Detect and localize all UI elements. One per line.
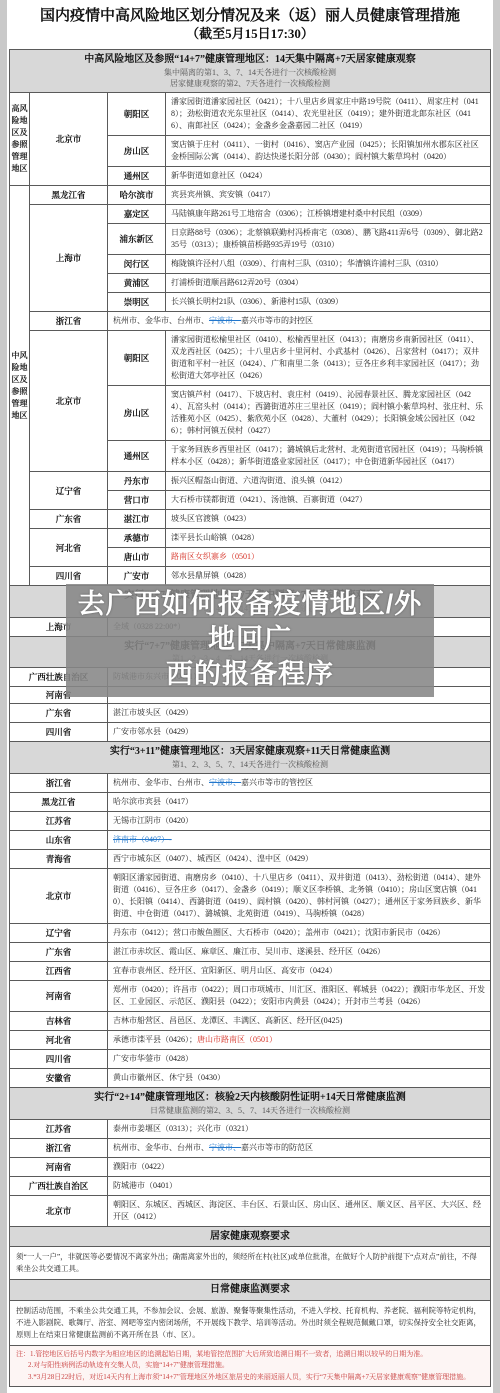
requirement-text: 控制活动范围，不乘坐公共交通工具，不参加会议、会展、旅游、聚餐等聚集性活动，不进… xyxy=(10,1300,491,1345)
section-band: 中高风险地区及参照“14+7”健康管理地区：14天集中隔离+7天居家健康观察集中… xyxy=(10,50,491,93)
area-detail-cell: 路南区女织寨乡（0501） xyxy=(166,548,491,567)
text-segment: 嘉兴市等市的管控区 xyxy=(241,778,313,787)
province-cell: 四川省 xyxy=(10,723,108,742)
text-segment: 杭州市、金华市、台州市、 xyxy=(113,778,209,787)
risk-group-label: 高风 险地 区及 参照 管理 地区 xyxy=(10,93,30,186)
table-row: 控制活动范围，不乘坐公共交通工具，不参加会议、会展、旅游、聚餐等聚集性活动，不进… xyxy=(10,1300,491,1345)
footnote-line: 2.对与阳性病例活动轨迹有交集人员，实施“14+7”健康管理措施。 xyxy=(16,1360,484,1372)
city-cell: 房山区 xyxy=(108,386,166,441)
area-detail-cell: 朝阳区、东城区、西城区、海淀区、丰台区、石景山区、房山区、通州区、顺义区、昌平区… xyxy=(108,1195,491,1226)
area-detail-cell: 湛江市坡头区（0429） xyxy=(108,704,491,723)
area-detail-cell: 济南市（0407）- xyxy=(108,831,491,850)
band-subtitle: 日常健康监测的第2、3、5、7、14天各进行一次核酸检测 xyxy=(12,1105,488,1116)
text-segment: 嘉兴市等市的防范区 xyxy=(241,1143,313,1152)
city-cell: 哈尔滨市 xyxy=(108,186,166,205)
province-cell: 北京市 xyxy=(30,331,108,472)
page-subtitle: （截至5月15日17:30） xyxy=(9,26,491,43)
area-detail-cell: 日京路88号（0306）；北蔡镇联勤村冯桥南宅（0308）、鹏飞路411弄6号（… xyxy=(166,224,491,255)
area-detail-cell: 于家务回族乡西里社区（0417）；潞城镇后北营村、北苑街道官园社区（0419）；… xyxy=(166,441,491,472)
city-cell: 承德市 xyxy=(108,529,166,548)
band-title: 中高风险地区及参照“14+7”健康管理地区：14天集中隔离+7天居家健康观察 xyxy=(12,53,488,67)
area-detail-cell: 坡头区官渡镇（0423） xyxy=(166,510,491,529)
risk-table-body: 中高风险地区及参照“14+7”健康管理地区：14天集中隔离+7天居家健康观察集中… xyxy=(10,50,491,1387)
table-row: 中风 险地 区及 参照 管理 地区黑龙江省哈尔滨市宾县宾州镇、宾安镇（0417） xyxy=(10,186,491,205)
province-cell: 黑龙江省 xyxy=(30,186,108,205)
page-title: 国内疫情中高风险地区划分情况及来（返）丽人员健康管理措施 xyxy=(9,6,491,26)
table-row: 北京市朝阳区潘家园街道、南磨房乡（0410）、十八里店乡（0411）、双井街道（… xyxy=(10,869,491,924)
province-cell: 北京市 xyxy=(30,93,108,186)
province-cell: 河北省 xyxy=(10,1031,108,1050)
area-detail-cell: 郑州市（0420）；许昌市（0422）；周口市项城市、川汇区、淮阳区、郸城县（0… xyxy=(108,981,491,1012)
table-row: 北京市朝阳区潘家园街道松榆里社区（0410）、松榆西里社区（0413）；南磨房乡… xyxy=(10,331,491,386)
province-cell: 广西壮族自治区 xyxy=(10,1176,108,1195)
area-detail-cell: 新华街道如意社区（0424） xyxy=(166,167,491,186)
text-segment: 路南区女织寨乡（0501） xyxy=(171,552,259,561)
city-cell: 闵行区 xyxy=(108,255,166,274)
text-segment: 嘉兴市等市的封控区 xyxy=(241,316,313,325)
section-band-row: 实行“3+11”健康管理地区：3天居家健康观察+11天日常健康监测第1、2、3、… xyxy=(10,742,491,774)
area-detail-cell: 窦店镇芦村（0417）、下坡店村、袁庄村（0419）、沁园春景社区、腾龙家园社区… xyxy=(166,386,491,441)
area-detail-cell: 哈尔滨市宾县（0417） xyxy=(108,793,491,812)
area-detail-cell: 朝阳区潘家园街道、南磨房乡（0410）、十八里店乡（0411）、双井街道（041… xyxy=(108,869,491,924)
band-subtitle: 第1、2、3、5、7、14天各进行一次核酸检测 xyxy=(12,759,488,770)
province-cell: 浙江省 xyxy=(30,312,108,331)
table-row: 四川省广安市邻水县鼎屏镇（0428） xyxy=(10,567,491,586)
section-band-row: 居家健康观察要求 xyxy=(10,1226,491,1247)
band-subtitle: 集中隔离的第1、3、7、14天各进行一次核酸检测 xyxy=(12,67,488,78)
province-cell: 北京市 xyxy=(10,869,108,924)
area-detail-cell: 梅陇镇许泾村八组（0309）、行南村三队（0310）；华漕镇许浦村三队（0310… xyxy=(166,255,491,274)
requirement-text: 须“一人一户”，非就医等必要情况不离家外出；确需离家外出的，须经所在村(社区)或… xyxy=(10,1247,491,1280)
watermark-line1: 去广西如何报备疫情地区/外地回广 xyxy=(66,587,434,657)
province-cell: 江苏省 xyxy=(10,812,108,831)
text-segment: 济南市（0407）- xyxy=(113,835,172,844)
band-subtitle: 居家健康观察的第2、7天各进行一次核酸检测 xyxy=(12,78,488,89)
area-detail-cell: 丹东市（0412）；营口市鲅鱼圈区、大石桥市（0420）；盖州市（0421）；沈… xyxy=(108,924,491,943)
city-cell: 丹东市 xyxy=(108,472,166,491)
table-row: 注：1.管控地区后括号内数字为相应地区的追溯起始日期，某地管控范围扩大后所致追溯… xyxy=(10,1345,491,1387)
section-band-row: 中高风险地区及参照“14+7”健康管理地区：14天集中隔离+7天居家健康观察集中… xyxy=(10,50,491,93)
area-detail-cell: 泰州市姜堰区（0313）；兴化市（0321） xyxy=(108,1119,491,1138)
province-cell: 吉林省 xyxy=(10,1012,108,1031)
province-cell: 上海市 xyxy=(30,205,108,312)
watermark-line2: 西的报备程序 xyxy=(66,657,434,692)
province-cell: 山东省 xyxy=(10,831,108,850)
area-detail-cell: 广安市邻水县（0429） xyxy=(108,723,491,742)
province-cell: 浙江省 xyxy=(10,774,108,793)
province-cell: 江西省 xyxy=(10,962,108,981)
province-cell: 辽宁省 xyxy=(30,472,108,510)
area-detail-cell: 湛江市赤坎区、霞山区、麻章区、廉江市、吴川市、遂溪县、经开区（0426） xyxy=(108,943,491,962)
area-detail-cell: 窦店镇于庄村（0411）、一街村（0416）、窦店产业园（0425）；长阳镇加州… xyxy=(166,136,491,167)
section-band: 实行“3+11”健康管理地区：3天居家健康观察+11天日常健康监测第1、2、3、… xyxy=(10,742,491,774)
text-segment: 宁波市、 xyxy=(209,316,241,325)
province-cell: 黑龙江省 xyxy=(10,793,108,812)
table-row: 辽宁省丹东市振兴区帽盔山街道、六道沟街道、浪头镇（0412） xyxy=(10,472,491,491)
section-band: 实行“2+14”健康管理地区：核验2天内核酸阴性证明+14天日常健康监测日常健康… xyxy=(10,1088,491,1120)
province-cell: 河南省 xyxy=(10,1157,108,1176)
city-cell: 唐山市 xyxy=(108,548,166,567)
province-cell: 青海省 xyxy=(10,850,108,869)
table-row: 上海市嘉定区马陆镇康年路261号工地宿舍（0306）；江桥镇增建村桑中村民组（0… xyxy=(10,205,491,224)
table-row: 北京市朝阳区、东城区、西城区、海淀区、丰台区、石景山区、房山区、通州区、顺义区、… xyxy=(10,1195,491,1226)
table-row: 山东省济南市（0407）- xyxy=(10,831,491,850)
section-band: 居家健康观察要求 xyxy=(10,1226,491,1247)
area-detail-cell: 马陆镇康年路261号工地宿舍（0306）；江桥镇增建村桑中村民组（0309） xyxy=(166,205,491,224)
area-detail-cell: 广安市华蓥市（0428） xyxy=(108,1050,491,1069)
area-detail-cell: 防城港市（0401） xyxy=(108,1176,491,1195)
city-cell: 朝阳区 xyxy=(108,331,166,386)
table-row: 河南省郑州市（0420）；许昌市（0422）；周口市项城市、川汇区、淮阳区、郸城… xyxy=(10,981,491,1012)
table-row: 浙江省杭州市、金华市、台州市、宁波市、嘉兴市等市的管控区 xyxy=(10,774,491,793)
province-cell: 河南省 xyxy=(10,981,108,1012)
table-row: 河北省承德市滦平县（0426）；唐山市路南区（0501） xyxy=(10,1031,491,1050)
city-cell: 通州区 xyxy=(108,441,166,472)
area-detail-cell: 滦平县长山峪镇（0428） xyxy=(166,529,491,548)
table-row: 四川省广安市华蓥市（0428） xyxy=(10,1050,491,1069)
table-row: 河南省濮阳市（0422） xyxy=(10,1157,491,1176)
area-detail-cell: 邻水县鼎屏镇（0428） xyxy=(166,567,491,586)
province-cell: 河北省 xyxy=(30,529,108,567)
city-cell: 浦东新区 xyxy=(108,224,166,255)
table-row: 广东省湛江市赤坎区、霞山区、麻章区、廉江市、吴川市、遂溪县、经开区（0426） xyxy=(10,943,491,962)
area-detail-cell: 打浦桥街道顺昌路612弄20号（0304） xyxy=(166,274,491,293)
city-cell: 嘉定区 xyxy=(108,205,166,224)
table-row: 广西壮族自治区防城港市（0401） xyxy=(10,1176,491,1195)
city-cell: 营口市 xyxy=(108,491,166,510)
area-detail-cell: 大石桥市镁都街道（0421）、汤池镇、百寨街道（0427） xyxy=(166,491,491,510)
province-cell: 辽宁省 xyxy=(10,924,108,943)
area-detail-cell: 宜春市袁州区、经开区、宜阳新区、明月山区、高安市（0424） xyxy=(108,962,491,981)
city-cell: 朝阳区 xyxy=(108,93,166,136)
area-detail-cell: 杭州市、金华市、台州市、宁波市、嘉兴市等市的管控区 xyxy=(108,774,491,793)
province-cell: 北京市 xyxy=(10,1195,108,1226)
area-detail-cell: 杭州市、金华市、台州市、宁波市、嘉兴市等市的封控区 xyxy=(108,312,491,331)
area-detail-cell: 长兴镇长明村21队（0306）、新港村15队（0309） xyxy=(166,293,491,312)
risk-table: 中高风险地区及参照“14+7”健康管理地区：14天集中隔离+7天居家健康观察集中… xyxy=(9,49,491,1387)
footnote-line: 3.*3月28日22时后，对近14天内有上海市须“14+7”管理地区外地区旅居史… xyxy=(16,1372,484,1384)
table-row: 黑龙江省哈尔滨市宾县（0417） xyxy=(10,793,491,812)
area-detail-cell: 无锡市江阴市（0420） xyxy=(108,812,491,831)
area-detail-cell: 潘家园街道潘家园社区（0421）；十八里店乡周家庄中路19号院（0411）、周家… xyxy=(166,93,491,136)
table-row: 广东省湛江市坡头区官渡镇（0423） xyxy=(10,510,491,529)
watermark-overlay: 去广西如何报备疫情地区/外地回广 西的报备程序 xyxy=(66,584,434,697)
document-page: 国内疫情中高风险地区划分情况及来（返）丽人员健康管理措施 （截至5月15日17:… xyxy=(7,0,493,1393)
area-detail-cell: 杭州市、金华市、台州市、宁波市、嘉兴市等市的防范区 xyxy=(108,1138,491,1157)
text-segment: 宁波市、 xyxy=(209,1143,241,1152)
text-segment: 宁波市、 xyxy=(209,778,241,787)
city-cell: 通州区 xyxy=(108,167,166,186)
table-row: 江苏省泰州市姜堰区（0313）；兴化市（0321） xyxy=(10,1119,491,1138)
table-row: 浙江省杭州市、金华市、台州市、宁波市、嘉兴市等市的封控区 xyxy=(10,312,491,331)
section-band-row: 日常健康监测要求 xyxy=(10,1280,491,1301)
province-cell: 广东省 xyxy=(30,510,108,529)
province-cell: 广东省 xyxy=(10,943,108,962)
city-cell: 湛江市 xyxy=(108,510,166,529)
table-row: 辽宁省丹东市（0412）；营口市鲅鱼圈区、大石桥市（0420）；盖州市（0421… xyxy=(10,924,491,943)
section-band-row: 实行“2+14”健康管理地区：核验2天内核酸阴性证明+14天日常健康监测日常健康… xyxy=(10,1088,491,1120)
band-title: 居家健康观察要求 xyxy=(12,1230,488,1244)
band-title: 日常健康监测要求 xyxy=(12,1283,488,1297)
text-segment: 杭州市、金华市、台州市、 xyxy=(113,316,209,325)
section-band: 日常健康监测要求 xyxy=(10,1280,491,1301)
table-row: 浙江省杭州市、金华市、台州市、宁波市、嘉兴市等市的防范区 xyxy=(10,1138,491,1157)
band-title: 实行“2+14”健康管理地区：核验2天内核酸阴性证明+14天日常健康监测 xyxy=(12,1091,488,1105)
footnote-line: 注：1.管控地区后括号内数字为相应地区的追溯起始日期，某地管控范围扩大后所致追溯… xyxy=(16,1349,484,1361)
table-row: 江西省宜春市袁州区、经开区、宜阳新区、明月山区、高安市（0424） xyxy=(10,962,491,981)
city-cell: 崇明区 xyxy=(108,293,166,312)
city-cell: 房山区 xyxy=(108,136,166,167)
table-row: 安徽省黄山市徽州区、休宁县（0430） xyxy=(10,1069,491,1088)
table-row: 青海省西宁市城东区（0407）、城西区（0424）、湟中区（0429） xyxy=(10,850,491,869)
table-row: 广东省湛江市坡头区（0429） xyxy=(10,704,491,723)
area-detail-cell: 潘家园街道松榆里社区（0410）、松榆西里社区（0413）；南磨房乡南新园社区（… xyxy=(166,331,491,386)
band-title: 实行“3+11”健康管理地区：3天居家健康观察+11天日常健康监测 xyxy=(12,745,488,759)
area-detail-cell: 西宁市城东区（0407）、城西区（0424）、湟中区（0429） xyxy=(108,850,491,869)
province-cell: 四川省 xyxy=(30,567,108,586)
city-cell: 广安市 xyxy=(108,567,166,586)
area-detail-cell: 黄山市徽州区、休宁县（0430） xyxy=(108,1069,491,1088)
text-segment: 唐山市路南区（0501） xyxy=(197,1035,277,1044)
table-row: 河北省承德市滦平县长山峪镇（0428） xyxy=(10,529,491,548)
table-row: 须“一人一户”，非就医等必要情况不离家外出；确需离家外出的，须经所在村(社区)或… xyxy=(10,1247,491,1280)
footnotes: 注：1.管控地区后括号内数字为相应地区的追溯起始日期，某地管控范围扩大后所致追溯… xyxy=(10,1345,491,1387)
table-row: 四川省广安市邻水县（0429） xyxy=(10,723,491,742)
province-cell: 安徽省 xyxy=(10,1069,108,1088)
area-detail-cell: 吉林市船营区、昌邑区、龙潭区、丰满区、高新区、经开区(0425) xyxy=(108,1012,491,1031)
table-row: 高风 险地 区及 参照 管理 地区北京市朝阳区潘家园街道潘家园社区（0421）；… xyxy=(10,93,491,136)
city-cell: 黄浦区 xyxy=(108,274,166,293)
area-detail-cell: 振兴区帽盔山街道、六道沟街道、浪头镇（0412） xyxy=(166,472,491,491)
province-cell: 广东省 xyxy=(10,704,108,723)
province-cell: 浙江省 xyxy=(10,1138,108,1157)
text-segment: 杭州市、金华市、台州市、 xyxy=(113,1143,209,1152)
area-detail-cell: 濮阳市（0422） xyxy=(108,1157,491,1176)
table-row: 吉林省吉林市船营区、昌邑区、龙潭区、丰满区、高新区、经开区(0425) xyxy=(10,1012,491,1031)
area-detail-cell: 承德市滦平县（0426）；唐山市路南区（0501） xyxy=(108,1031,491,1050)
risk-group-label: 中风 险地 区及 参照 管理 地区 xyxy=(10,186,30,586)
table-row: 江苏省无锡市江阴市（0420） xyxy=(10,812,491,831)
province-cell: 四川省 xyxy=(10,1050,108,1069)
province-cell: 江苏省 xyxy=(10,1119,108,1138)
text-segment: 承德市滦平县（0426）； xyxy=(113,1035,197,1044)
area-detail-cell: 宾县宾州镇、宾安镇（0417） xyxy=(166,186,491,205)
